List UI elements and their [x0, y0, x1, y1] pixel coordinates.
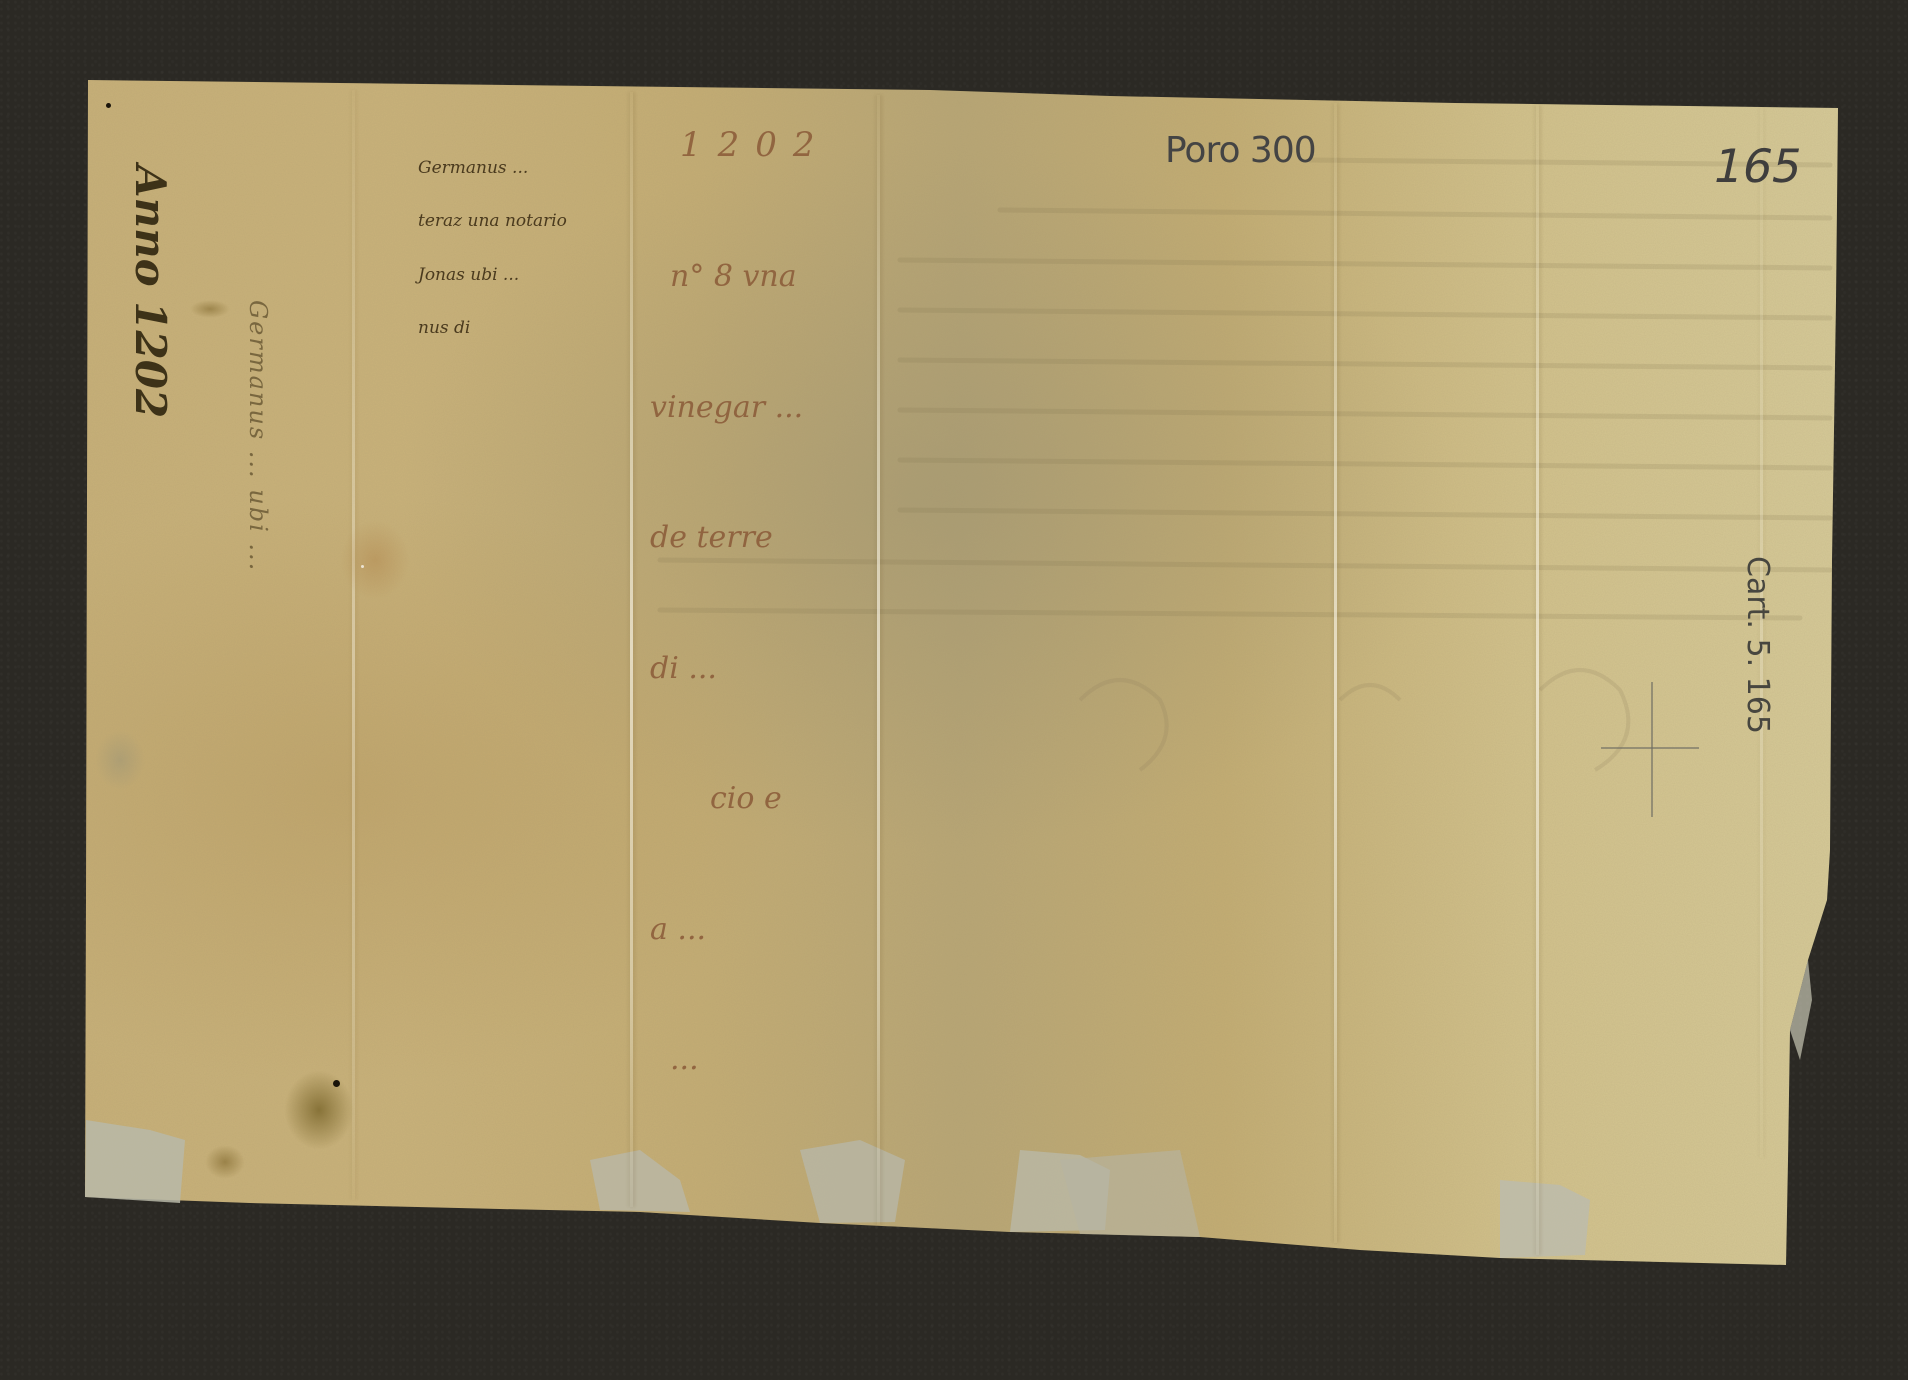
left-vertical-note: Germanus ... ubi ...: [245, 300, 270, 582]
fold-line: [1334, 103, 1337, 1243]
dorsal-note-line: Jonas ubi ...: [418, 267, 567, 285]
cartulary-reference: Cart. 5. 165: [1742, 556, 1774, 734]
water-stain: [95, 730, 145, 790]
red-note-line: cio e: [650, 777, 803, 821]
folio-number: 165: [1709, 142, 1807, 190]
parchment-shape: [0, 0, 1908, 1380]
dorsal-note-line: Germanus ...: [418, 160, 567, 178]
red-note-line: n° 8 vna: [650, 255, 803, 299]
water-stain: [340, 520, 410, 600]
shelf-mark: Poro 300: [1165, 132, 1316, 170]
year-vertical-note: Anno 1202: [128, 165, 172, 418]
ink-stain: [205, 1145, 245, 1179]
year-top-note: 1202: [680, 128, 831, 164]
pin-hole: [361, 565, 364, 568]
red-ink-note: n° 8 vna vinegar ... de terre di ... cio…: [650, 168, 803, 1169]
fold-line: [352, 90, 355, 1200]
ink-stain: [190, 300, 230, 318]
fold-line: [1536, 105, 1539, 1255]
parchment-sheet: 165 Poro 300 Cart. 5. 165 Anno 1202 1202…: [0, 0, 1908, 1380]
dorsal-note-line: teraz una notario: [418, 213, 567, 231]
pencil-cross-mark: [1601, 747, 1699, 749]
red-note-line: di ...: [650, 647, 803, 691]
red-note-line: de terre: [650, 516, 803, 560]
pencil-cross-mark: [1651, 682, 1653, 817]
pin-hole: [333, 1080, 340, 1087]
dorsal-note: Germanus ... teraz una notario Jonas ubi…: [418, 124, 567, 374]
ink-stain: [284, 1070, 354, 1150]
pin-hole: [106, 103, 111, 108]
dorsal-note-line: nus di: [418, 320, 567, 338]
fold-line: [630, 92, 633, 1207]
repair-patch: [1060, 1150, 1200, 1237]
fold-line: [877, 95, 880, 1225]
red-note-line: ...: [650, 1038, 803, 1082]
red-note-line: a ...: [650, 908, 803, 952]
red-note-line: vinegar ...: [650, 386, 803, 430]
